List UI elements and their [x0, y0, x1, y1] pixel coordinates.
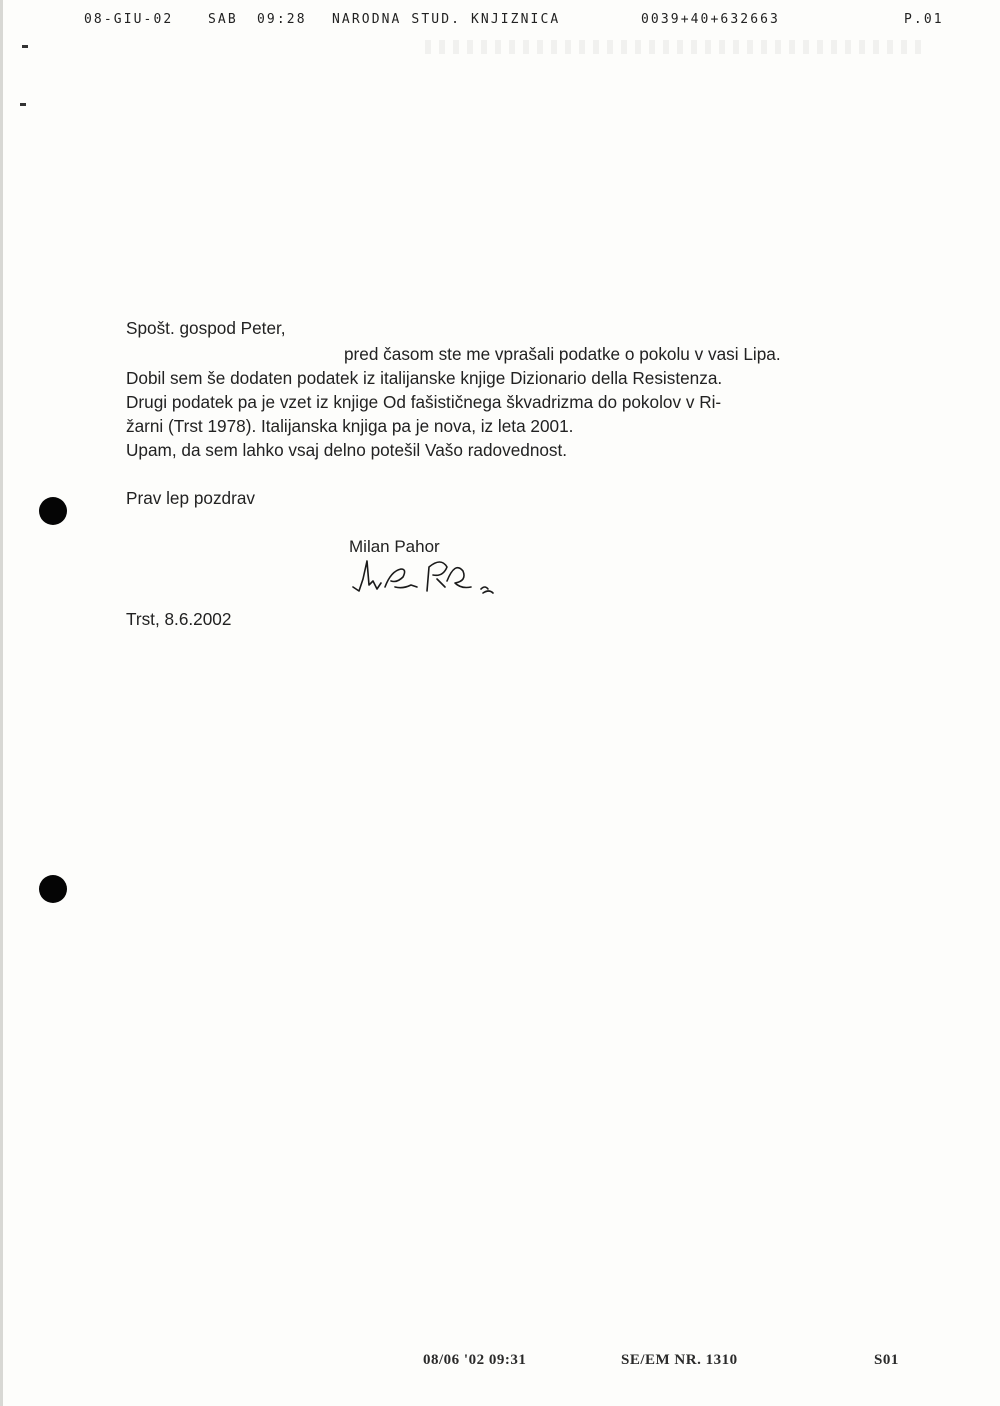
fax-transmission-header: 08-GIU-02 SAB 09:28 NARODNA STUD. KNJIZN…: [84, 12, 964, 32]
page-edge: [0, 0, 3, 1406]
fax-transmission-footer: 08/06 '02 09:31 SE/EM NR. 1310 S01: [423, 1352, 923, 1370]
signature-block: Milan Pahor: [349, 537, 440, 557]
punch-hole: [39, 875, 67, 903]
letter-line: Dobil sem še dodaten podatek iz italijan…: [126, 368, 722, 389]
registration-mark: [22, 45, 28, 48]
faint-bleed-through-text: [425, 40, 925, 54]
letter-line: žarni (Trst 1978). Italijanska knjiga pa…: [126, 416, 573, 437]
fax-date: 08-GIU-02: [84, 12, 173, 27]
place-and-date: Trst, 8.6.2002: [126, 609, 231, 630]
letter-line: Drugi podatek pa je vzet iz knjige Od fa…: [126, 392, 721, 413]
fax-footer-job-number: SE/EM NR. 1310: [621, 1352, 738, 1369]
signature-name: Milan Pahor: [349, 537, 440, 557]
punch-hole: [39, 497, 67, 525]
fax-day: SAB: [208, 12, 238, 27]
fax-footer-timestamp: 08/06 '02 09:31: [423, 1352, 526, 1369]
letter-line: pred časom ste me vprašali podatke o pok…: [344, 344, 781, 365]
fax-page-number: P.01: [904, 12, 944, 27]
fax-phone: 0039+40+632663: [641, 12, 780, 27]
salutation: Spošt. gospod Peter,: [126, 318, 286, 339]
fax-sender: NARODNA STUD. KNJIZNICA: [332, 12, 560, 27]
registration-mark: [20, 103, 26, 106]
letter-line: Upam, da sem lahko vsaj delno potešil Va…: [126, 440, 567, 461]
fax-footer-code: S01: [874, 1352, 899, 1369]
handwritten-signature-icon: [351, 557, 501, 599]
closing: Prav lep pozdrav: [126, 488, 255, 509]
fax-time: 09:28: [257, 12, 307, 27]
